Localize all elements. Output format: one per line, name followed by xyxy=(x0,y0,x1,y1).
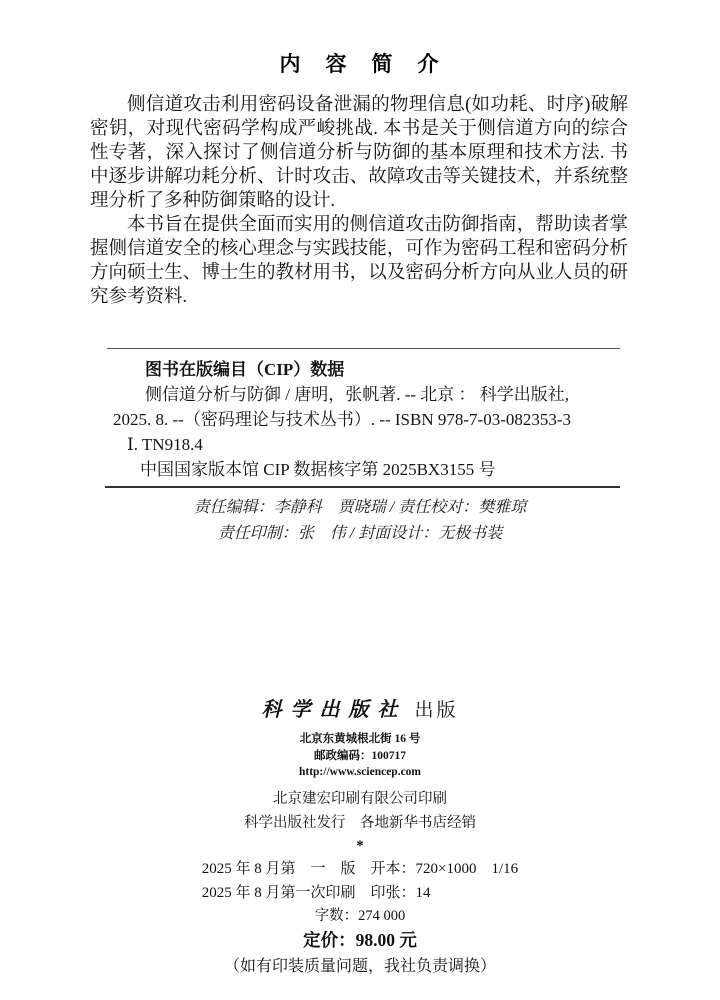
publisher-postcode: 邮政编码：100717 xyxy=(0,748,720,764)
star-divider: * xyxy=(0,835,720,858)
book-copyright-page: 内 容 简 介 侧信道攻击利用密码设备泄漏的物理信息(如功耗、时序)破解密钥，对… xyxy=(0,0,720,1000)
press-logo-suffix: 出版 xyxy=(414,700,458,721)
content-intro: 侧信道攻击利用密码设备泄漏的物理信息(如功耗、时序)破解密钥，对现代密码学构成严… xyxy=(90,93,628,309)
edition-line-1: 2025 年 8 月第 一 版 开本：720×1000 1/16 xyxy=(202,858,518,882)
edition-details: 2025 年 8 月第 一 版 开本：720×1000 1/16 2025 年 … xyxy=(202,858,518,905)
edition-line-2: 2025 年 8 月第一次印刷 印张：14 xyxy=(202,882,518,906)
cip-line: 2025. 8. --（密码理论与技术丛书）. -- ISBN 978-7-03… xyxy=(113,407,625,432)
science-press-logo: 科学出版社 xyxy=(261,699,406,721)
staff-credits: 责任编辑：李静科 贾晓瑞 / 责任校对：樊雅琼 责任印制：张 伟 / 封面设计：… xyxy=(0,495,720,547)
credits-printing-design-line: 责任印制：张 伟 / 封面设计：无极书装 xyxy=(0,521,720,547)
cip-top-rule xyxy=(107,348,620,349)
imprint-block: 科学出版社出版 北京东黄城根北街 16 号 邮政编码：100717 http:/… xyxy=(0,697,720,979)
intro-paragraph-2: 本书旨在提供全面而实用的侧信道攻击防御指南，帮助读者掌握侧信道安全的核心理念与实… xyxy=(90,213,628,309)
press-logo-line: 科学出版社出版 xyxy=(0,697,720,724)
cip-data-block: 图书在版编目（CIP）数据 侧信道分析与防御 / 唐明，张帆著. -- 北京 ：… xyxy=(113,357,625,482)
price-line: 定价：98.00 元 xyxy=(0,928,720,952)
printer-line: 北京建宏印刷有限公司印刷 xyxy=(0,787,720,811)
distribution-line: 科学出版社发行 各地新华书店经销 xyxy=(0,811,720,835)
cip-registration-line: 中国国家版本馆 CIP 数据核字第 2025BX3155 号 xyxy=(140,457,625,482)
word-count-line: 字数：274 000 xyxy=(0,905,720,927)
cip-bottom-rule xyxy=(105,486,620,488)
cip-line: 侧信道分析与防御 / 唐明，张帆著. -- 北京 ： 科学出版社, xyxy=(145,382,625,407)
credits-editors-line: 责任编辑：李静科 贾晓瑞 / 责任校对：樊雅琼 xyxy=(0,495,720,521)
intro-paragraph-1: 侧信道攻击利用密码设备泄漏的物理信息(如功耗、时序)破解密钥，对现代密码学构成严… xyxy=(90,93,628,213)
cip-classification-line: Ⅰ. TN918.4 xyxy=(127,432,625,457)
quality-notice-line: （如有印装质量问题，我社负责调换） xyxy=(0,955,720,979)
publisher-website: http://www.sciencep.com xyxy=(0,764,720,780)
publisher-address: 北京东黄城根北街 16 号 xyxy=(0,731,720,748)
cip-heading: 图书在版编目（CIP）数据 xyxy=(145,357,625,382)
content-intro-title: 内 容 简 介 xyxy=(0,48,720,78)
